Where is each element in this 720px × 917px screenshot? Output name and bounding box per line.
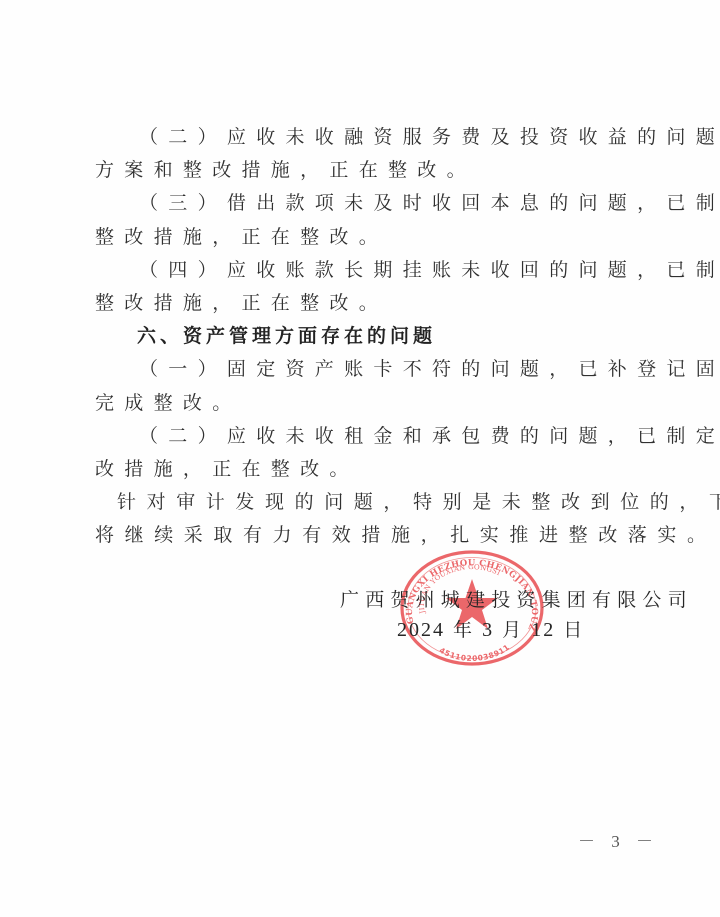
section-heading-asset-management: 六、资产管理方面存在的问题 (95, 320, 627, 353)
paragraph-line: （四）应收账款长期挂账未收回的问题，已制定整改方案和 (95, 254, 627, 287)
paragraph-line: （一）固定资产账卡不符的问题，已补登记固定资产卡片， (95, 353, 627, 386)
signature-organization: 广西贺州城建投资集团有限公司 (340, 587, 640, 613)
paragraph-4-receivables: （四）应收账款长期挂账未收回的问题，已制定整改方案和 整改措施，正在整改。 (95, 254, 627, 320)
document-page: （二）应收未收融资服务费及投资收益的问题，已制定整改 方案和整改措施，正在整改。… (0, 0, 720, 917)
paragraph-line: （三）借出款项未及时收回本息的问题，已制定整改方案和 (95, 187, 627, 220)
document-body: （二）应收未收融资服务费及投资收益的问题，已制定整改 方案和整改措施，正在整改。… (95, 121, 627, 553)
paragraph-line: （二）应收未收租金和承包费的问题，已制定整改方案和整 (95, 420, 627, 453)
date-day-unit: 日 (563, 619, 584, 641)
closing-paragraph: 针对审计发现的问题，特别是未整改到位的，下一步我集团 将继续采取有力有效措施，扎… (95, 486, 627, 552)
date-year: 2024 (397, 619, 445, 641)
date-month-unit: 月 (502, 619, 523, 641)
paragraph-2-financing-fees: （二）应收未收融资服务费及投资收益的问题，已制定整改 方案和整改措施，正在整改。 (95, 121, 627, 187)
paragraph-line: 方案和整改措施，正在整改。 (95, 154, 627, 187)
paragraph-rent-fees: （二）应收未收租金和承包费的问题，已制定整改方案和整 改措施，正在整改。 (95, 420, 627, 486)
paragraph-line: 针对审计发现的问题，特别是未整改到位的，下一步我集团 (95, 486, 627, 519)
paragraph-fixed-assets: （一）固定资产账卡不符的问题，已补登记固定资产卡片， 完成整改。 (95, 353, 627, 419)
date-day: 12 (531, 619, 555, 641)
paragraph-line: 整改措施，正在整改。 (95, 287, 627, 320)
paragraph-line: 整改措施，正在整改。 (95, 221, 627, 254)
paragraph-line: 将继续采取有力有效措施，扎实推进整改落实。 (95, 519, 627, 552)
date-month: 3 (482, 619, 494, 641)
date-year-unit: 年 (453, 619, 474, 641)
paragraph-line: 完成整改。 (95, 387, 627, 420)
paragraph-line: 改措施，正在整改。 (95, 453, 627, 486)
paragraph-3-loans: （三）借出款项未及时收回本息的问题，已制定整改方案和 整改措施，正在整改。 (95, 187, 627, 253)
page-number: － 3 － (578, 827, 659, 852)
paragraph-line: （二）应收未收融资服务费及投资收益的问题，已制定整改 (95, 121, 627, 154)
signature-date: 2024 年 3 月 12 日 (340, 617, 640, 643)
